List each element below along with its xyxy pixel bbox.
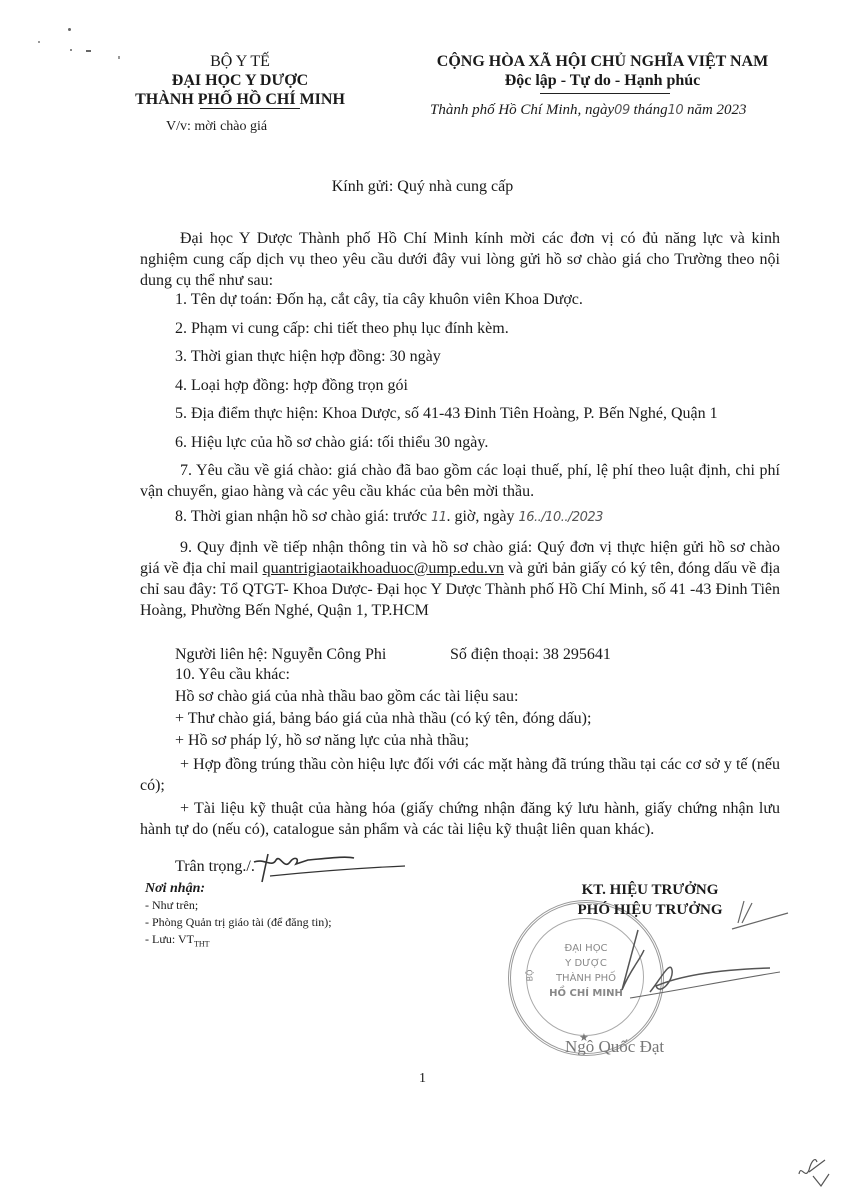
document-subject: V/v: mời chào giá [166, 119, 267, 135]
deadline-date-handwritten: 16../10../2023 [519, 510, 603, 525]
deadline-hour-handwritten: 11 [431, 510, 447, 525]
date-prefix: Thành phố Hồ Chí Minh, ngày [430, 102, 614, 118]
date-month-handwritten: 10 [668, 103, 684, 118]
item-7: 7. Yêu cầu về giá chào: giá chào đã bao … [140, 460, 780, 502]
scan-speck [118, 56, 120, 59]
item-8: 8. Thời gian nhận hồ sơ chào giá: trước … [175, 508, 603, 526]
archive-line: - Lưu: VTTHT [145, 931, 332, 952]
signer-name: Ngô Quốc Đạt [565, 1037, 664, 1057]
item-4: 4. Loại hợp đồng: hợp đồng trọn gói [175, 377, 408, 395]
contact-person: Người liên hệ: Nguyễn Công Phi [175, 646, 386, 664]
item-8-prefix: 8. Thời gian nhận hồ sơ chào giá: trước [175, 508, 427, 525]
item-10-bullet-3: + Hợp đồng trúng thầu còn hiệu lực đối v… [140, 754, 780, 796]
item-10-title: 10. Yêu cầu khác: [175, 666, 290, 684]
intro-paragraph: Đại học Y Dược Thành phố Hồ Chí Minh kín… [140, 228, 780, 291]
page-number: 1 [0, 1071, 845, 1087]
date-day-handwritten: 09 [614, 103, 630, 118]
archive-sub: THT [194, 939, 210, 948]
item-3: 3. Thời gian thực hiện hợp đồng: 30 ngày [175, 348, 441, 366]
contact-phone: Số điện thoại: 38 295641 [450, 646, 611, 664]
item-10-lead: Hồ sơ chào giá của nhà thầu bao gồm các … [175, 688, 518, 706]
item-1: 1. Tên dự toán: Đốn hạ, cắt cây, tỉa cây… [175, 291, 583, 309]
issuer-header: BỘ Y TẾ ĐẠI HỌC Y DƯỢC THÀNH PHỐ HỒ CHÍ … [130, 52, 350, 109]
item-6: 6. Hiệu lực của hồ sơ chào giá: tối thiể… [175, 434, 488, 452]
scan-speck [68, 28, 71, 31]
header-underline [200, 108, 300, 109]
recipients-block: Nơi nhận: - Như trên; - Phòng Quản trị g… [145, 880, 332, 952]
date-month-prefix: tháng [633, 102, 667, 118]
corner-initial-icon [795, 1150, 835, 1190]
scan-speck [86, 50, 91, 52]
date-line: Thành phố Hồ Chí Minh, ngày09 tháng10 nă… [430, 102, 747, 119]
nation-title: CỘNG HÒA XÃ HỘI CHỦ NGHĨA VIỆT NAM [420, 52, 785, 71]
stamp-side-text: BỘ [525, 970, 534, 982]
salutation: Kính gửi: Quý nhà cung cấp [0, 178, 845, 196]
recipient-line: - Phòng Quản trị giáo tài (để đăng tin); [145, 914, 332, 931]
item-9: 9. Quy định về tiếp nhận thông tin và hồ… [140, 537, 780, 621]
date-year: năm 2023 [687, 102, 747, 118]
item-10-bullet-4: + Tài liệu kỹ thuật của hàng hóa (giấy c… [140, 798, 780, 840]
recipient-line: - Như trên; [145, 897, 332, 914]
national-motto: Độc lập - Tự do - Hạnh phúc [420, 71, 785, 90]
signature-block: KT. HIỆU TRƯỞNG PHÓ HIỆU TRƯỞNG [560, 880, 740, 920]
ministry-name: BỘ Y TẾ [130, 52, 350, 71]
initial-mark-icon [730, 895, 790, 935]
archive-label: - Lưu: VT [145, 932, 194, 946]
scan-speck [38, 41, 40, 43]
scan-speck [70, 49, 72, 51]
item-10-bullet-2: + Hồ sơ pháp lý, hồ sơ năng lực của nhà … [175, 732, 469, 750]
item-10-bullet-1: + Thư chào giá, bảng báo giá của nhà thầ… [175, 710, 591, 728]
national-header: CỘNG HÒA XÃ HỘI CHỦ NGHĨA VIỆT NAM Độc l… [420, 52, 785, 90]
signer-role-line2: PHÓ HIỆU TRƯỞNG [560, 900, 740, 920]
motto-underline [540, 93, 670, 94]
university-name-line2: THÀNH PHỐ HỒ CHÍ MINH [130, 90, 350, 109]
item-2: 2. Phạm vi cung cấp: chi tiết theo phụ l… [175, 320, 509, 338]
signer-role-line1: KT. HIỆU TRƯỞNG [560, 880, 740, 900]
closing-text: Trân trọng./. [175, 858, 255, 876]
recipients-title: Nơi nhận: [145, 880, 332, 897]
university-name-line1: ĐẠI HỌC Y DƯỢC [130, 71, 350, 90]
item-5: 5. Địa điểm thực hiện: Khoa Dược, số 41-… [175, 405, 718, 423]
item-8-mid: . giờ, ngày [446, 508, 514, 525]
contact-email-link[interactable]: quantrigiaotaikhoaduoc@ump.edu.vn [263, 560, 504, 577]
